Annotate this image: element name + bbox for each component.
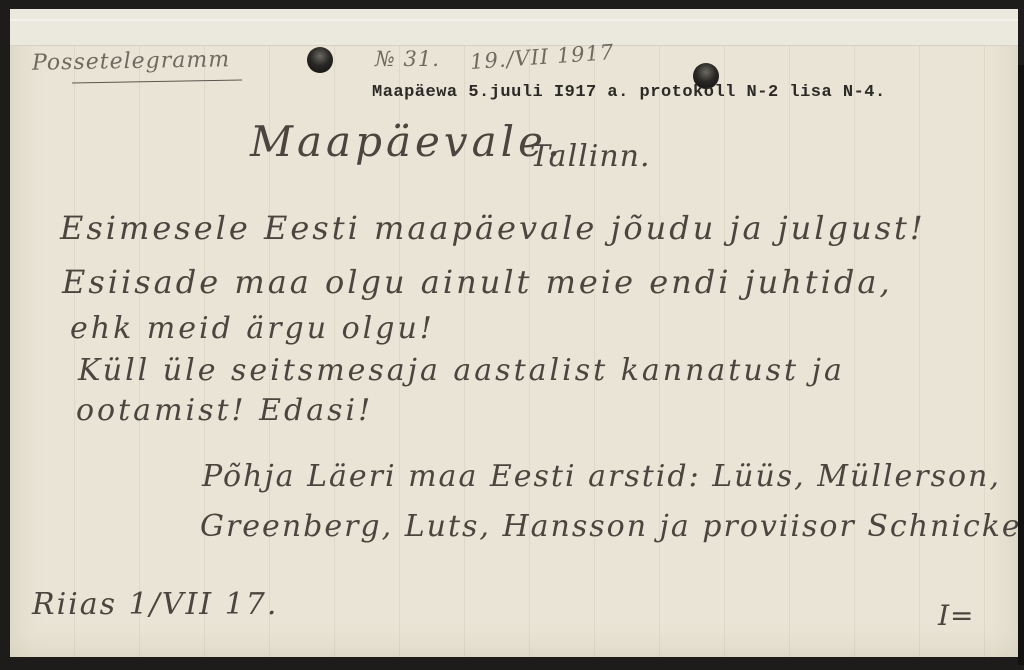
body-line-2: Esiisade maa olgu ainult meie endi juhti…: [62, 263, 893, 301]
body-line-4: Küll üle seitsmesaja aastalist kannatust…: [78, 353, 845, 388]
signature-line-1: Põhja Läeri maa Eesti arstid: Lüüs, Müll…: [202, 459, 1001, 494]
body-line-5: ootamist! Edasi!: [76, 393, 373, 428]
signature-line-2: Greenberg, Luts, Hansson ja proviisor Sc…: [200, 509, 1024, 544]
punch-hole-left-icon: [307, 47, 333, 73]
telegram-label: Possetelegramm: [32, 47, 231, 75]
body-line-1: Esimesele Eesti maapäevale jõudu ja julg…: [60, 209, 926, 247]
attached-paper-strip: [10, 9, 1018, 46]
recipient: Maapäevale.: [250, 117, 564, 166]
number-mark: № 31.: [375, 47, 440, 71]
strip-band: [10, 19, 1018, 21]
recipient-city: Tallinn.: [530, 139, 651, 174]
telegram-label-underline: [72, 80, 242, 84]
scan-border: [1018, 65, 1024, 665]
corner-mark: I=: [938, 599, 975, 632]
document-paper: Possetelegramm № 31. 19./VII 1917 Maapäe…: [10, 9, 1018, 657]
body-line-3: ehk meid ärgu olgu!: [70, 311, 435, 346]
typed-protocol-reference: Maapäewa 5.juuli I917 a. protokoll N-2 l…: [372, 83, 886, 102]
place-date: Riias 1/VII 17.: [32, 587, 278, 622]
